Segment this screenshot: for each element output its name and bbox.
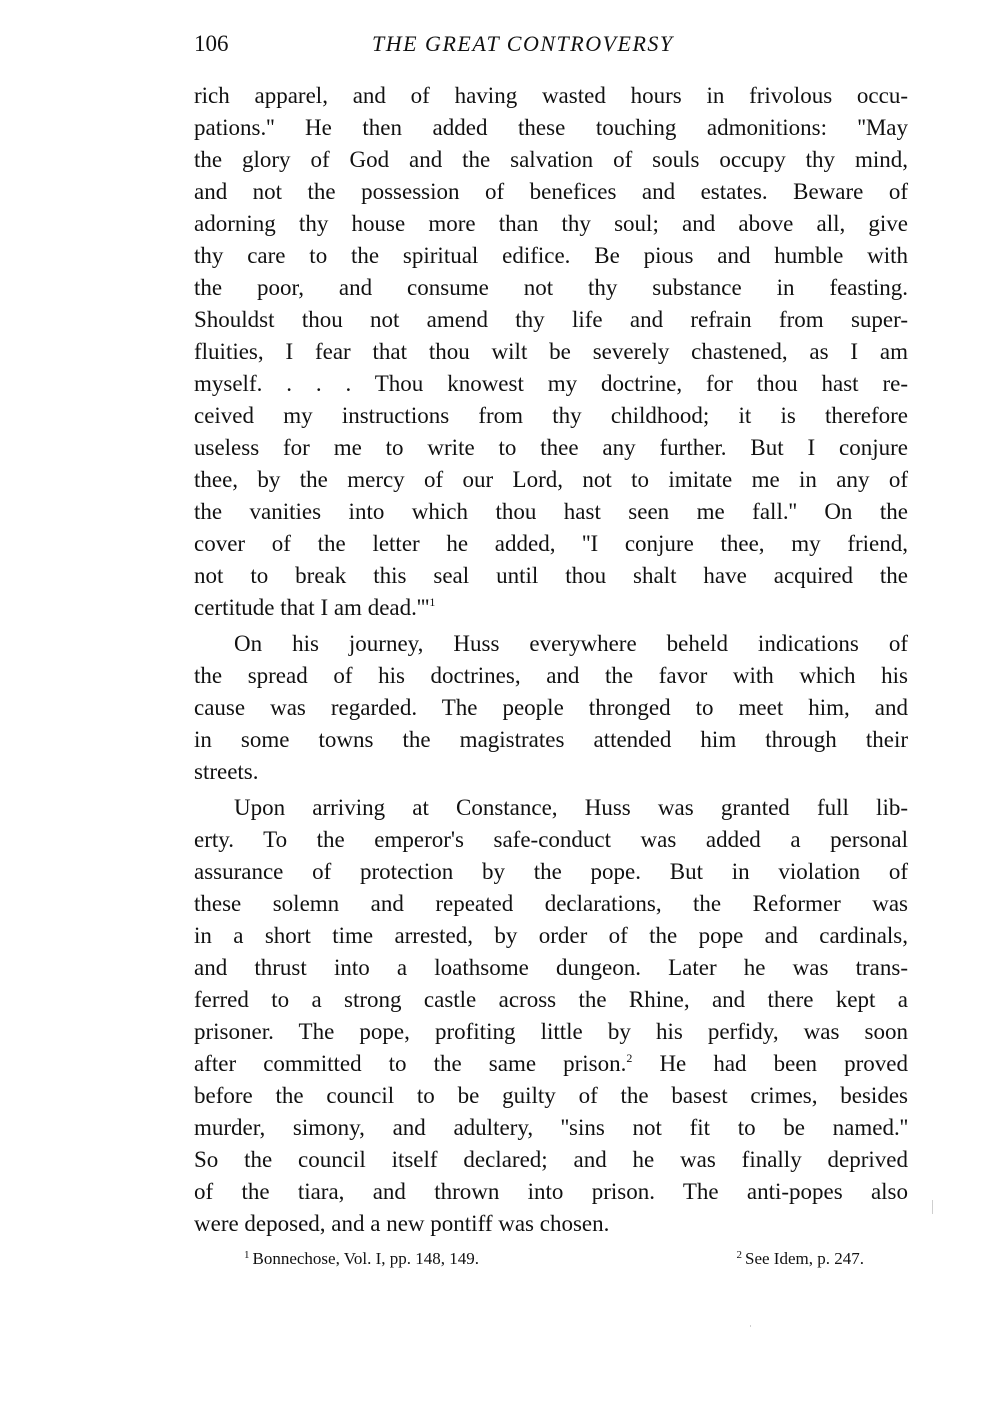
text-line: and thrust into a loathsome dungeon. Lat… (194, 952, 908, 984)
text-line-content: after committed to the same prison. (194, 1051, 626, 1076)
text-line: not to break this seal until thou shalt … (194, 560, 908, 592)
text-line: cover of the letter he added, ''I conjur… (194, 528, 908, 560)
text-line: and not the possession of benefices and … (194, 176, 908, 208)
footnote-2: 2See Idem, p. 247. (737, 1247, 864, 1271)
footnote-text: Bonnechose, Vol. I, pp. 148, 149. (253, 1249, 480, 1268)
text-line-content: certitude that I am dead.''' (194, 595, 429, 620)
running-head: THE GREAT CONTROVERSY (372, 30, 674, 58)
scan-margin-mark (932, 1200, 933, 1214)
paragraph-1: rich apparel, and of having wasted hours… (194, 80, 908, 624)
text-line: fluities, I fear that thou wilt be sever… (194, 336, 908, 368)
text-line: ferred to a strong castle across the Rhi… (194, 984, 908, 1016)
text-line: Upon arriving at Constance, Huss was gra… (194, 792, 908, 824)
footnote-text: See Idem, p. 247. (745, 1249, 864, 1268)
footnote-ref-1: 1 (429, 595, 435, 609)
text-line: ceived my instructions from thy childhoo… (194, 400, 908, 432)
text-line: cause was regarded. The people thronged … (194, 692, 908, 724)
text-line: adorning thy house more than thy soul; a… (194, 208, 908, 240)
text-line: these solemn and repeated declarations, … (194, 888, 908, 920)
text-line: of the tiara, and thrown into prison. Th… (194, 1176, 908, 1208)
text-line: after committed to the same prison.2 He … (194, 1048, 908, 1080)
text-line: the vanities into which thou hast seen m… (194, 496, 908, 528)
text-line: in a short time arrested, by order of th… (194, 920, 908, 952)
footnotes: 1Bonnechose, Vol. I, pp. 148, 149. 2See … (244, 1247, 864, 1271)
text-line: thee, by the mercy of our Lord, not to i… (194, 464, 908, 496)
body-text: rich apparel, and of having wasted hours… (194, 80, 908, 1240)
text-line: On his journey, Huss everywhere beheld i… (194, 628, 908, 660)
text-line: prisoner. The pope, profiting little by … (194, 1016, 908, 1048)
text-line: useless for me to write to thee any furt… (194, 432, 908, 464)
text-line: So the council itself declared; and he w… (194, 1144, 908, 1176)
text-line: the poor, and consume not thy substance … (194, 272, 908, 304)
text-line: the glory of God and the salvation of so… (194, 144, 908, 176)
text-line: certitude that I am dead.'''1 (194, 592, 908, 624)
text-line: erty. To the emperor's safe-conduct was … (194, 824, 908, 856)
text-line: assurance of protection by the pope. But… (194, 856, 908, 888)
paragraph-3: Upon arriving at Constance, Huss was gra… (194, 792, 908, 1240)
text-line: myself. . . . Thou knowest my doctrine, … (194, 368, 908, 400)
text-line: Shouldst thou not amend thy life and ref… (194, 304, 908, 336)
text-line: thy care to the spiritual edifice. Be pi… (194, 240, 908, 272)
text-line: murder, simony, and adultery, ''sins not… (194, 1112, 908, 1144)
text-line: rich apparel, and of having wasted hours… (194, 80, 908, 112)
text-line: before the council to be guilty of the b… (194, 1080, 908, 1112)
footnote-1: 1Bonnechose, Vol. I, pp. 148, 149. (244, 1247, 479, 1271)
text-line: pations.'' He then added these touching … (194, 112, 908, 144)
text-line-continuation: He had been proved (632, 1051, 908, 1076)
paragraph-2: On his journey, Huss everywhere beheld i… (194, 628, 908, 788)
footnote-marker: 2 (737, 1249, 743, 1261)
book-page: 106 THE GREAT CONTROVERSY rich apparel, … (0, 0, 1000, 1417)
text-line: the spread of his doctrines, and the fav… (194, 660, 908, 692)
page-number: 106 (194, 30, 229, 58)
scan-margin-mark (750, 1325, 751, 1327)
text-line: streets. (194, 756, 908, 788)
text-line: were deposed, and a new pontiff was chos… (194, 1208, 908, 1240)
footnote-marker: 1 (244, 1249, 250, 1261)
text-line: in some towns the magistrates attended h… (194, 724, 908, 756)
